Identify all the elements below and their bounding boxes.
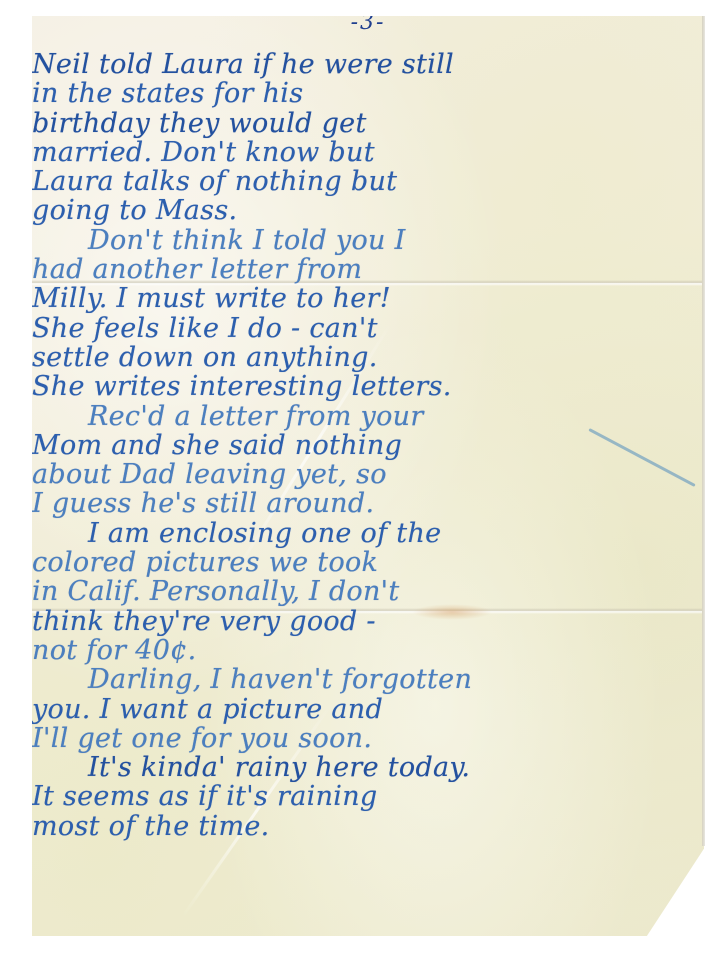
letter-line: in Calif. Personally, I don't — [32, 577, 682, 606]
letter-line: about Dad leaving yet, so — [32, 460, 682, 489]
letter-line: I guess he's still around. — [32, 489, 682, 518]
letter-line: married. Don't know but — [32, 138, 682, 167]
letter-line: Milly. I must write to her! — [32, 284, 682, 313]
letter-line: Laura talks of nothing but — [32, 167, 682, 196]
letter-line: I'll get one for you soon. — [32, 724, 682, 753]
letter-line: colored pictures we took — [32, 548, 682, 577]
paper-edge-shadow — [702, 16, 705, 846]
letter-line: not for 40¢. — [32, 636, 682, 665]
letter-line: It's kinda' rainy here today. — [32, 753, 682, 782]
letter-line: you. I want a picture and — [32, 695, 682, 724]
letter-line: Rec'd a letter from your — [32, 402, 682, 431]
letter-line: She feels like I do - can't — [32, 314, 682, 343]
letter-line: most of the time. — [32, 812, 682, 841]
letter-line: Mom and she said nothing — [32, 431, 682, 460]
letter-line: Don't think I told you I — [32, 226, 682, 255]
letter-line: settle down on anything. — [32, 343, 682, 372]
letter-page: -3- Neil told Laura if he were still in … — [32, 16, 704, 936]
letter-line: She writes interesting letters. — [32, 372, 682, 401]
letter-body: Neil told Laura if he were still in the … — [32, 50, 682, 841]
letter-line: had another letter from — [32, 255, 682, 284]
letter-line: I am enclosing one of the — [32, 519, 682, 548]
letter-line: It seems as if it's raining — [32, 782, 682, 811]
letter-line: Neil told Laura if he were still — [32, 50, 682, 79]
letter-line: going to Mass. — [32, 196, 682, 225]
letter-line: in the states for his — [32, 79, 682, 108]
letter-line: Darling, I haven't forgotten — [32, 665, 682, 694]
letter-line: think they're very good - — [32, 607, 682, 636]
letter-line: birthday they would get — [32, 109, 682, 138]
page-number: -3- — [32, 10, 704, 35]
